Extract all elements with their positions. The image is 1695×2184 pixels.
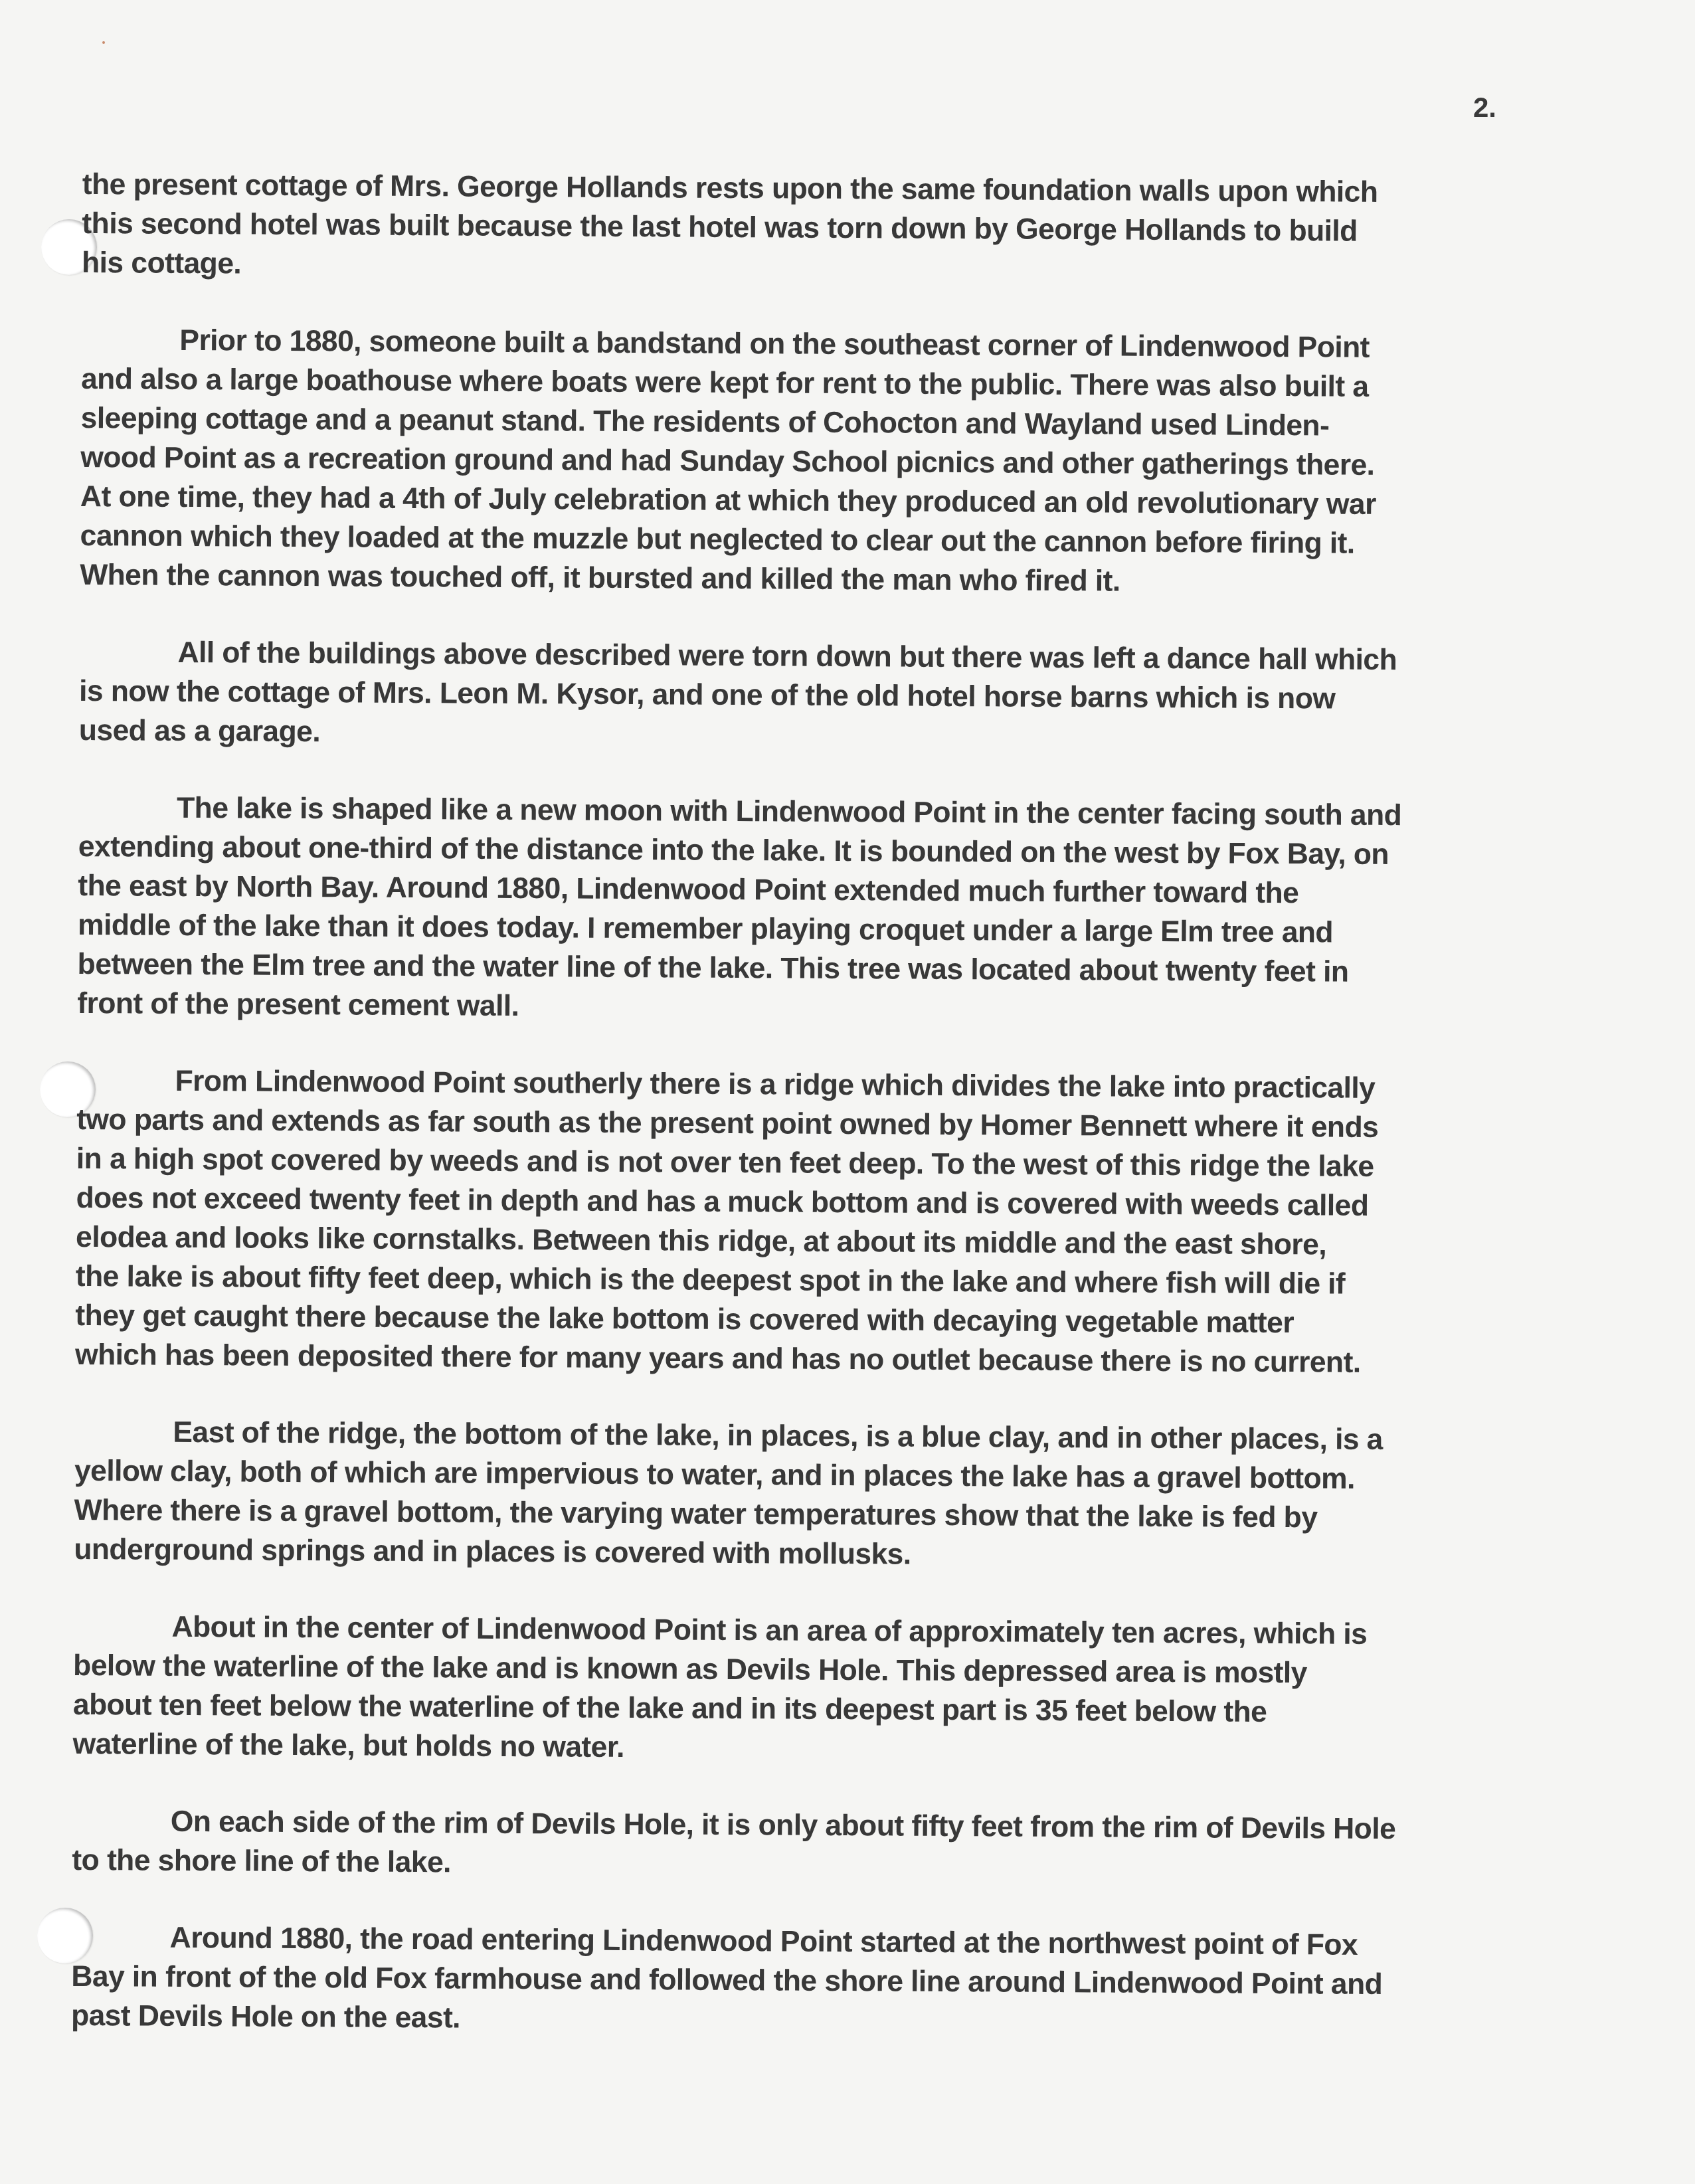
paragraph-lake-shape: The lake is shaped like a new moon with … bbox=[77, 788, 1560, 1032]
text-line: waterline of the lake, but holds no wate… bbox=[72, 1724, 1554, 1773]
paper-speck bbox=[102, 41, 105, 44]
text-line: which has been deposited there for many … bbox=[75, 1335, 1556, 1384]
paragraph-road: Around 1880, the road entering Lindenwoo… bbox=[71, 1918, 1553, 2045]
paragraph-rim: On each side of the rim of Devils Hole, … bbox=[72, 1801, 1554, 1889]
paragraph-devils-hole: About in the center of Lindenwood Point … bbox=[72, 1607, 1554, 1773]
paragraph-lake-bottom: East of the ridge, the bottom of the lak… bbox=[74, 1412, 1556, 1578]
page-number: 2. bbox=[1473, 92, 1496, 124]
paragraph-ridge: From Lindenwood Point southerly there is… bbox=[75, 1061, 1558, 1384]
text-line: underground springs and in places is cov… bbox=[74, 1530, 1555, 1578]
text-line: used as a garage. bbox=[79, 711, 1560, 759]
paragraph-bandstand: Prior to 1880, someone built a bandstand… bbox=[80, 320, 1562, 604]
document-body: the present cottage of Mrs. George Holla… bbox=[70, 165, 1563, 2082]
document-page: 2. the present cottage of Mrs. George Ho… bbox=[0, 0, 1695, 2184]
paragraph-remaining-buildings: All of the buildings above described wer… bbox=[79, 632, 1561, 759]
paragraph-hotel-foundation: the present cottage of Mrs. George Holla… bbox=[82, 165, 1563, 292]
